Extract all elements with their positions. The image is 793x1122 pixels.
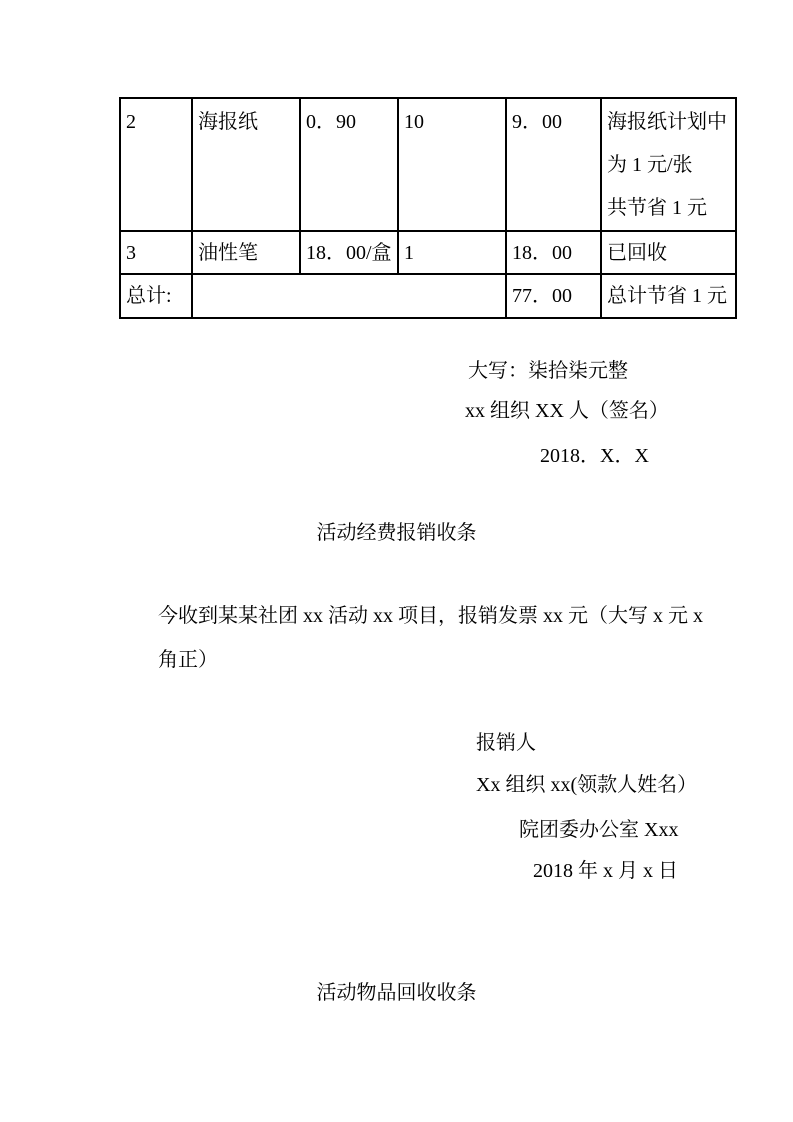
cell-no: 3 <box>120 231 192 274</box>
cell-total-amount: 77．00 <box>506 274 601 318</box>
receipt1-body-line2: 角正） <box>158 648 218 672</box>
remark-line-1: 海报纸计划中 <box>607 101 730 144</box>
cell-amount: 18．00 <box>506 231 601 274</box>
date-line-2: 2018 年 x 月 x 日 <box>533 859 678 883</box>
cell-quantity: 10 <box>398 98 506 231</box>
table-row-total: 总计: 77．00 总计节省 1 元 <box>120 274 736 318</box>
office-signature-line: 院团委办公室 Xxx <box>519 818 678 842</box>
cell-remark: 已回收 <box>601 231 736 274</box>
remark-line-3: 共节省 1 元 <box>607 187 730 230</box>
table-row-poster: 2 海报纸 0．90 10 9．00 海报纸计划中 为 1 元/张 共节省 1 … <box>120 98 736 231</box>
cell-no: 2 <box>120 98 192 231</box>
cell-remark: 海报纸计划中 为 1 元/张 共节省 1 元 <box>601 98 736 231</box>
cell-quantity: 1 <box>398 231 506 274</box>
cell-total-label: 总计: <box>120 274 192 318</box>
cell-total-empty <box>192 274 506 318</box>
reimburser-label: 报销人 <box>476 731 536 755</box>
cell-total-remark: 总计节省 1 元 <box>601 274 736 318</box>
cell-item: 海报纸 <box>192 98 300 231</box>
expense-table: 2 海报纸 0．90 10 9．00 海报纸计划中 为 1 元/张 共节省 1 … <box>119 97 737 319</box>
cell-unit-price: 0．90 <box>300 98 398 231</box>
cell-amount: 9．00 <box>506 98 601 231</box>
cell-unit-price: 18．00/盒 <box>300 231 398 274</box>
organization-signature: xx 组织 XX 人（签名） <box>465 399 669 423</box>
remark-line-2: 为 1 元/张 <box>607 144 730 187</box>
amount-in-words: 大写：柒拾柒元整 <box>468 359 628 383</box>
payee-name-line: Xx 组织 xx(领款人姓名） <box>476 773 697 797</box>
receipt2-heading: 活动物品回收收条 <box>0 981 793 1005</box>
document-page: 2 海报纸 0．90 10 9．00 海报纸计划中 为 1 元/张 共节省 1 … <box>0 0 793 1122</box>
date-line-1: 2018．X．X <box>540 444 649 468</box>
cell-item: 油性笔 <box>192 231 300 274</box>
receipt1-body-line1: 今收到某某社团 xx 活动 xx 项目，报销发票 xx 元（大写 x 元 x <box>158 604 703 628</box>
table-row-marker-pen: 3 油性笔 18．00/盒 1 18．00 已回收 <box>120 231 736 274</box>
receipt1-heading: 活动经费报销收条 <box>0 521 793 545</box>
